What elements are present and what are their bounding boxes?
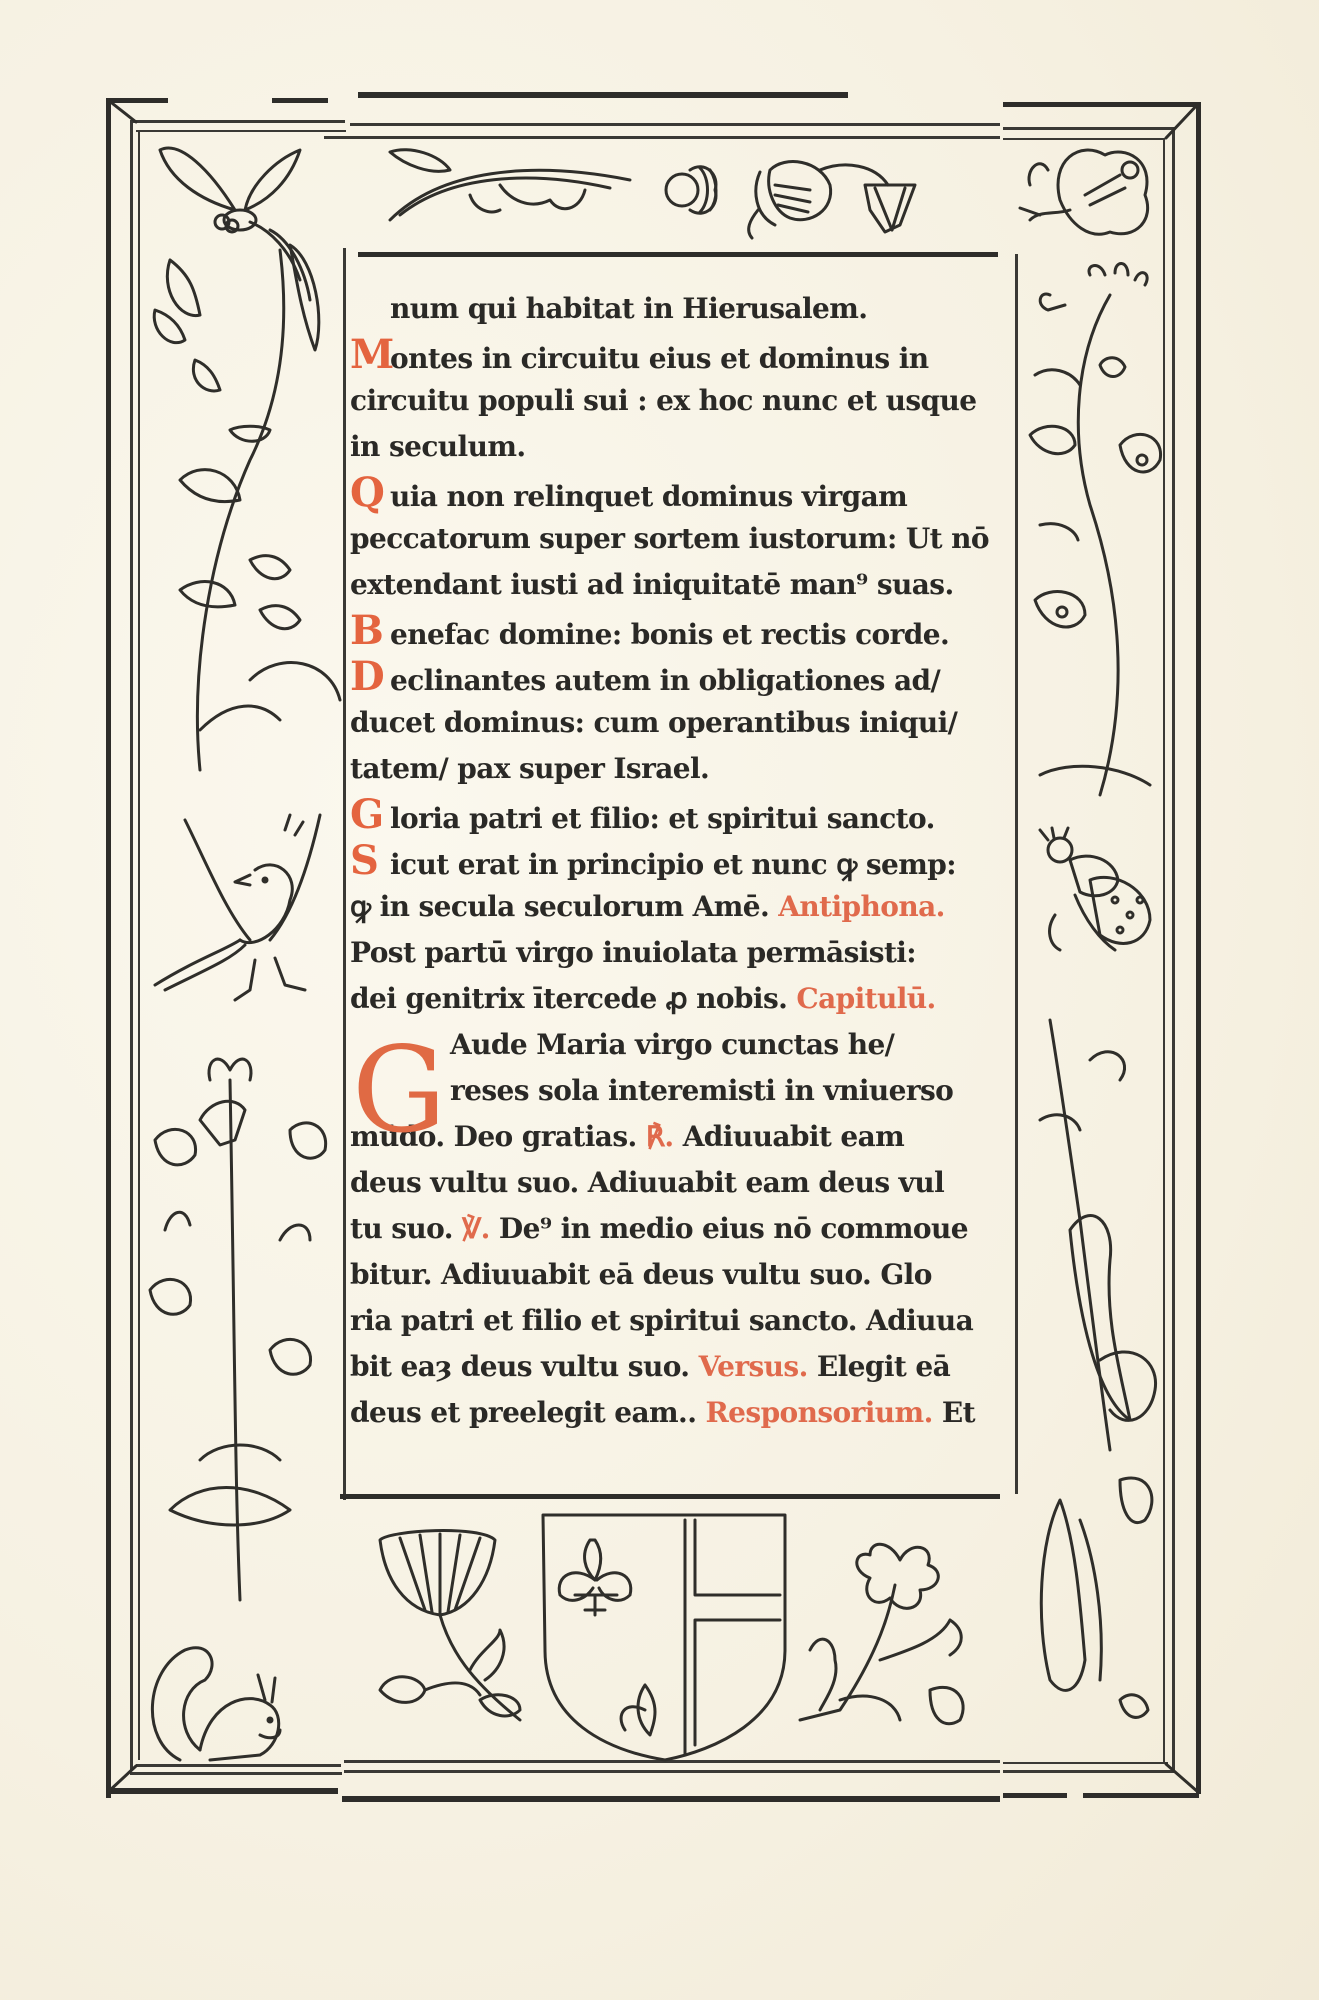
text-line-11: tatem/ pax super Israel. [350,746,1018,792]
inner-rule-top [350,123,1000,126]
text-panel-left-rule [343,248,346,1500]
squirrel-icon [140,1620,320,1770]
corner-miter-top-right [1160,102,1200,142]
text-line-7: extendant iusti ad iniquitatē man⁹ suas. [350,562,1018,608]
text-panel-bottom-rule [340,1494,1000,1499]
corner-miter-top-left [106,98,146,138]
outer-rule-bottom-b [342,1796,1000,1802]
outer-rule-top-c [358,92,848,98]
text-panel-top-rule [358,252,998,257]
text-line-15: Post partū virgo inuiolata permāsisti: [350,930,1018,976]
beetle-icon [1020,820,1165,980]
outer-rule-right [1196,102,1201,1794]
text-line-3: circuitu populi sui : ex hoc nunc et usq… [350,378,1018,424]
outer-rule-bottom-c [1003,1793,1067,1798]
text-line-14: ꝙ in secula seculorum Amē. Antiphona. [350,884,1018,930]
rubric-antiphona: Antiphona. [778,890,945,923]
inner-rule-top-left [130,120,345,123]
inner-rule-top-right [1003,127,1173,130]
text-line-25: deus et preelegit eam.. Responsorium. Et [350,1390,1018,1436]
phoenix-bird-icon [145,800,325,1030]
rubric-capitulum: Capitulū. [796,982,935,1015]
text-line-4: in seculum. [350,424,1018,470]
text-line-1: num qui habitat in Hierusalem. [350,286,1018,332]
inner-rule-right [1172,127,1175,1772]
rubricated-initial: Q [350,470,390,516]
text-line-24: bit eaȝ deus vultu suo. Versus. Elegit e… [350,1344,1018,1390]
large-rubricated-initial: G [352,1040,432,1140]
inner-rule-bottom-left-2 [130,1772,342,1775]
rubricated-initial: G [350,792,390,838]
text-line-6: peccatorum super sortem iustorum: Ut nō [350,516,1018,562]
outer-rule-left [106,98,111,1798]
text-line-10: ducet dominus: cum operantibus iniqui/ [350,700,1018,746]
psalm-text-block: num qui habitat in Hierusalem. Montes in… [350,286,1018,1486]
inner-rule-top-2 [324,136,1000,139]
text-line-17: Aude Maria virgo cunctas he/ [350,1022,1018,1068]
coat-of-arms-shield-icon [535,1510,795,1765]
text-line-8: Benefac domine: bonis et rectis corde. [350,608,1018,654]
text-line-2: Montes in circuitu eius et dominus in [350,332,1018,378]
text-line-16: dei genitrix ītercede ꝓ nobis. Capitulū. [350,976,1018,1022]
rubric-responsory-sign: ℟. [646,1120,674,1153]
acanthus-leaf-icon [380,140,650,230]
rubricated-initial: M [350,332,390,378]
foxglove-vine-icon [140,230,340,790]
pea-pod-vine-icon [1020,1000,1165,1770]
fleur-de-lis-icon-2 [638,1685,655,1735]
text-line-9: Declinantes autem in obligationes ad/ [350,654,1018,700]
inner-rule-left [130,120,133,1770]
rubricated-initial: B [350,608,390,654]
flowering-vine-icon [1020,255,1165,815]
butterfly-icon [1010,140,1165,250]
rubric-versicle-sign: ℣. [462,1212,490,1245]
text-line-12: Gloria patri et filio: et spiritui sanct… [350,792,1018,838]
text-line-19: mūdo. Deo gratias. ℟. Adiuuabit eam [350,1114,1018,1160]
outer-rule-top-b [272,98,328,103]
inner-rule-top-left-2 [136,130,346,132]
inner-rule-bottom-2 [344,1770,1000,1773]
text-line-13: Sicut erat in principio et nunc ꝙ semp: [350,838,1018,884]
text-line-22: bitur. Adiuuabit eā deus vultu suo. Glo [350,1252,1018,1298]
rubricated-initial: S [350,838,390,884]
rubric-versus: Versus. [699,1350,808,1383]
text-line-5: Quia non relinquet dominus virgam [350,470,1018,516]
thistle-butterfly-cupflower-icon [660,140,990,250]
pinwheel-flower-icon [370,1530,560,1750]
text-line-21: tu suo. ℣. De⁹ in medio eius nō commoue [350,1206,1018,1252]
rubricated-initial: D [350,654,390,700]
text-line-20: deus vultu suo. Adiuuabit eam deus vul [350,1160,1018,1206]
violet-flower-icon [780,1530,1000,1750]
rubric-responsorium: Responsorium. [706,1396,933,1429]
columbine-flowers-icon [140,1040,340,1600]
text-line-18: reses sola interemisti in vniuerso [350,1068,1018,1114]
text-line-23: ria patri et filio et spiritui sancto. A… [350,1298,1018,1344]
inner-rule-bottom-right-2 [1003,1770,1175,1773]
corner-miter-bottom-right [1160,1760,1200,1800]
